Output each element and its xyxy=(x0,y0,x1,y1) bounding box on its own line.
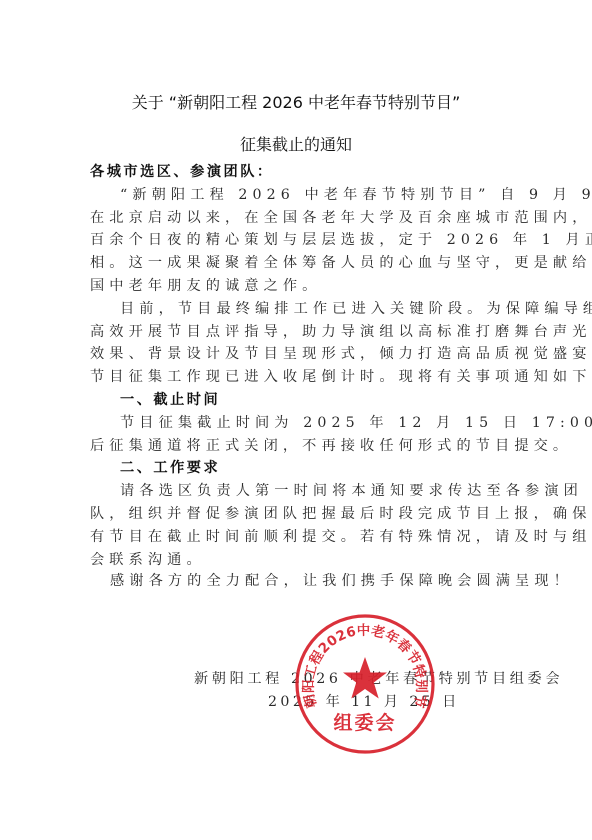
paragraph-line: 在北京启动以来，在全国各老年大学及百余座城市范围内，经 xyxy=(90,207,502,230)
paragraph-line: 队，组织并督促参演团队把握最后时段完成节目上报，确保所 xyxy=(90,503,502,526)
paragraph-line: 效果、背景设计及节目呈现形式，倾力打造高品质视觉盛宴， xyxy=(90,343,502,366)
salutation: 各城市选区、参演团队： xyxy=(90,161,502,184)
star-icon xyxy=(343,657,387,699)
paragraph-line: 相。这一成果凝聚着全体筹备人员的心血与坚守，更是献给全 xyxy=(90,252,502,275)
paragraph-line: 会联系沟通。 xyxy=(90,549,502,572)
paragraph-line: 目前，节目最终编排工作已进入关键阶段。为保障编导组 xyxy=(90,298,502,321)
official-seal: 新朝阳工程2026中老年春节特别节目 组委会 xyxy=(294,613,436,755)
seal-bottom-text: 组委会 xyxy=(333,711,396,734)
paragraph-line: 节目征集截止时间为 2025 年 12 月 15 日 17:00，截止 xyxy=(90,412,502,435)
paragraph-line: “新朝阳工程 2026 中老年春节特别节目” 自 9 月 9 日 xyxy=(90,184,502,207)
paragraph-line: 有节目在截止时间前顺利提交。若有特殊情况，请及时与组委 xyxy=(90,526,502,549)
paragraph-line: 请各选区负责人第一时间将本通知要求传达至各参演团 xyxy=(90,480,502,503)
document-page: 关于 “新朝阳工程 2026 中老年春节特别节目” 征集截止的通知 各城市选区、… xyxy=(0,0,592,840)
closing-line: 感谢各方的全力配合，让我们携手保障晚会圆满呈现！ xyxy=(90,570,502,593)
paragraph-line: 高效开展节目点评指导，助力导演组以高标准打磨舞台声光电 xyxy=(90,321,502,344)
document-title: 关于 “新朝阳工程 2026 中老年春节特别节目” xyxy=(0,90,592,113)
section-heading-deadline: 一、截止时间 xyxy=(90,389,502,412)
svg-text:新朝阳工程2026中老年春节特别节目: 新朝阳工程2026中老年春节特别节目 xyxy=(294,613,430,710)
document-subtitle: 征集截止的通知 xyxy=(0,132,592,155)
paragraph-line: 国中老年朋友的诚意之作。 xyxy=(90,275,502,298)
document-body: 各城市选区、参演团队： “新朝阳工程 2026 中老年春节特别节目” 自 9 月… xyxy=(90,161,502,593)
paragraph-line: 百余个日夜的精心策划与层层选拔，定于 2026 年 1 月正式亮 xyxy=(90,229,502,252)
paragraph-line: 节目征集工作现已进入收尾倒计时。现将有关事项通知如下： xyxy=(90,366,502,389)
section-heading-requirements: 二、工作要求 xyxy=(90,457,502,480)
seal-arc-text: 新朝阳工程2026中老年春节特别节目 xyxy=(294,613,430,710)
paragraph-line: 后征集通道将正式关闭，不再接收任何形式的节目提交。 xyxy=(90,435,502,458)
